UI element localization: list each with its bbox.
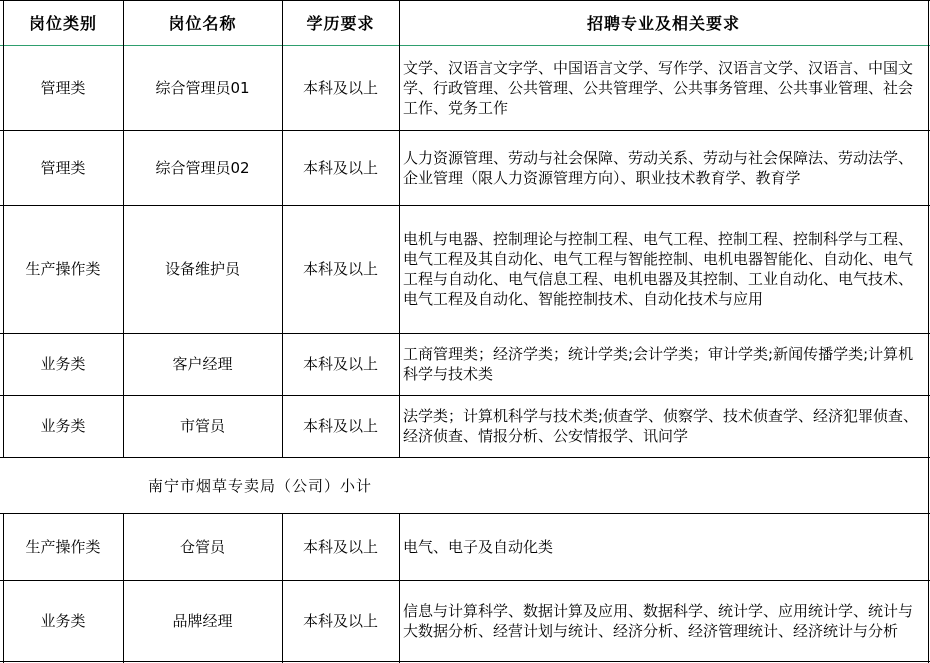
- row-4-requirements: 工商管理类；经济学类；统计学类;会计学类；审计学类;新闻传播学类;计算机科学与技…: [399, 333, 928, 395]
- row-3-position: 设备维护员: [123, 205, 282, 333]
- row-6-requirements-text: 电气、电子及自动化类: [403, 537, 924, 557]
- row-divider: [0, 205, 930, 206]
- row-2-requirements-text: 人力资源管理、劳动与社会保障、劳动关系、劳动与社会保障法、劳动法学、企业管理（限…: [403, 148, 924, 188]
- col-border: [3, 0, 4, 457]
- row-divider: [0, 395, 930, 396]
- row-6-category: 生产操作类: [3, 513, 123, 580]
- row-5-category: 业务类: [3, 395, 123, 457]
- row-1-education: 本科及以上: [282, 45, 399, 130]
- row-1-position: 综合管理员01: [123, 45, 282, 130]
- row-7-category: 业务类: [3, 580, 123, 661]
- col-border: [282, 0, 283, 457]
- col-border: [399, 0, 400, 457]
- row-2-position: 综合管理员02: [123, 130, 282, 205]
- col-border: [399, 513, 400, 663]
- row-1-category: 管理类: [3, 45, 123, 130]
- row-6-requirements: 电气、电子及自动化类: [399, 513, 928, 580]
- row-7-requirements-text: 信息与计算科学、数据计算及应用、数据科学、统计学、应用统计学、统计与大数据分析、…: [403, 601, 924, 641]
- row-6-education: 本科及以上: [282, 513, 399, 580]
- row-4-education: 本科及以上: [282, 333, 399, 395]
- row-5-requirements: 法学类；计算机科学与技术类;侦查学、侦察学、技术侦查学、经济犯罪侦查、经济侦查、…: [399, 395, 928, 457]
- row-7-requirements: 信息与计算科学、数据计算及应用、数据科学、统计学、应用统计学、统计与大数据分析、…: [399, 580, 928, 661]
- row-2-category: 管理类: [3, 130, 123, 205]
- row-3-education: 本科及以上: [282, 205, 399, 333]
- row-5-requirements-text: 法学类；计算机科学与技术类;侦查学、侦察学、技术侦查学、经济犯罪侦查、经济侦查、…: [403, 406, 924, 446]
- row-divider: [0, 457, 930, 458]
- row-divider: [0, 130, 930, 131]
- row-7-education: 本科及以上: [282, 580, 399, 661]
- row-4-category: 业务类: [3, 333, 123, 395]
- row-7-position: 品牌经理: [123, 580, 282, 661]
- row-divider: [0, 513, 930, 514]
- row-4-position: 客户经理: [123, 333, 282, 395]
- col-border: [282, 513, 283, 663]
- row-divider: [0, 333, 930, 334]
- recruitment-table: 岗位类别 岗位名称 学历要求 招聘专业及相关要求 管理类 综合管理员01 本科及…: [0, 0, 930, 663]
- row-2-requirements: 人力资源管理、劳动与社会保障、劳动关系、劳动与社会保障法、劳动法学、企业管理（限…: [399, 130, 928, 205]
- row-1-requirements-text: 文学、汉语言文字学、中国语言文学、写作学、汉语言文学、汉语言、中国文学、行政管理…: [403, 58, 924, 118]
- col-border: [123, 0, 124, 457]
- row-3-requirements: 电机与电器、控制理论与控制工程、电气工程、控制工程、控制科学与工程、电气工程及其…: [399, 205, 928, 333]
- row-6-position: 仓管员: [123, 513, 282, 580]
- row-divider: [0, 580, 930, 581]
- row-5-position: 市管员: [123, 395, 282, 457]
- row-3-category: 生产操作类: [3, 205, 123, 333]
- row-5-education: 本科及以上: [282, 395, 399, 457]
- row-4-requirements-text: 工商管理类；经济学类；统计学类;会计学类；审计学类;新闻传播学类;计算机科学与技…: [403, 344, 924, 384]
- border-top: [0, 0, 930, 1]
- header-requirements: 招聘专业及相关要求: [399, 2, 928, 45]
- row-2-education: 本科及以上: [282, 130, 399, 205]
- col-border-right: [928, 0, 929, 663]
- row-1-requirements: 文学、汉语言文字学、中国语言文学、写作学、汉语言文学、汉语言、中国文学、行政管理…: [399, 45, 928, 130]
- border-bottom: [0, 661, 930, 662]
- col-border: [3, 513, 4, 663]
- header-position: 岗位名称: [123, 2, 282, 45]
- header-category: 岗位类别: [3, 2, 123, 45]
- col-border: [123, 513, 124, 663]
- subtotal-label: 南宁市烟草专卖局（公司）小计: [148, 476, 372, 496]
- header-education: 学历要求: [282, 2, 399, 45]
- row-3-requirements-text: 电机与电器、控制理论与控制工程、电气工程、控制工程、控制科学与工程、电气工程及其…: [403, 229, 924, 309]
- header-separator: [0, 45, 930, 46]
